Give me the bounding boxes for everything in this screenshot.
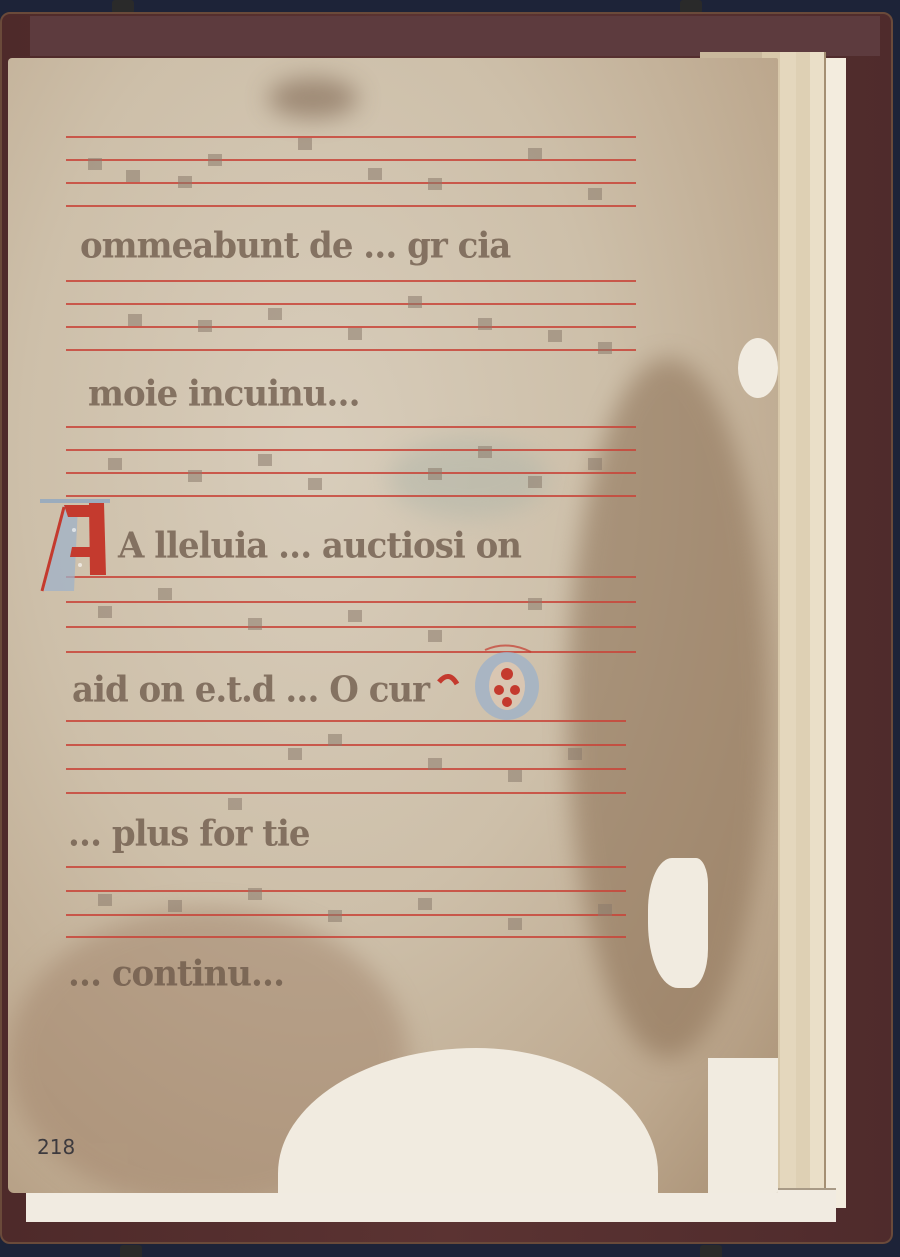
text-line-2: moie incuinu… (88, 373, 359, 415)
text-line-4: aid on e.t.d … O cur (72, 669, 429, 711)
illuminated-initial-o (435, 640, 555, 725)
repair-paper-corner (708, 1058, 778, 1193)
binding-top-edge (30, 16, 880, 56)
illuminated-initial-a (34, 495, 114, 595)
repair-paper-side (648, 858, 708, 988)
text-line-6: … continu… (68, 953, 284, 995)
book-clip (120, 1245, 142, 1257)
text-line-3: A lleluia … auctiosi on (118, 525, 521, 567)
text-line-5: … plus for tie (68, 813, 310, 855)
repair-paper-edge (738, 338, 778, 398)
text-line-1: ommeabunt de … gr cia (80, 225, 510, 267)
book-clip (700, 1245, 722, 1257)
bottom-sheet (26, 1188, 836, 1222)
manuscript-page: ommeabunt de … gr cia moie incuinu… A ll… (8, 58, 778, 1193)
folio-number: 218 (37, 1135, 75, 1159)
